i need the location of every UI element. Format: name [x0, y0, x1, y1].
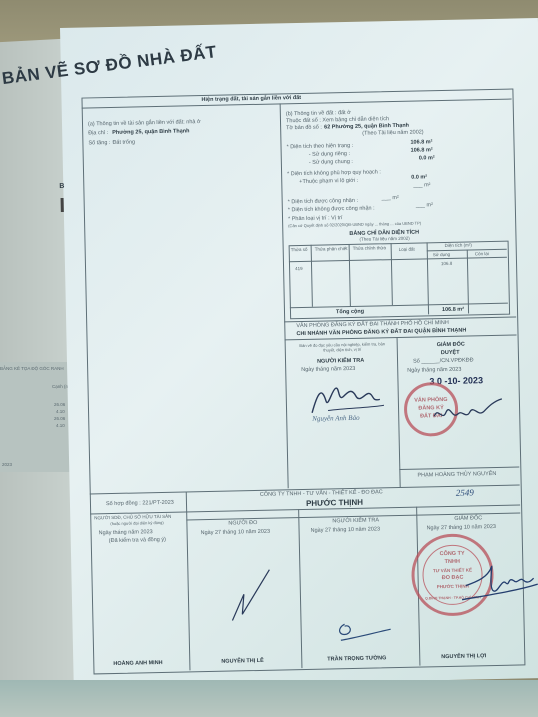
total-value: 106.8 m²	[442, 307, 464, 313]
position-label: * Phân loại vị trí : Vị trí	[288, 215, 343, 222]
column-note: (Đã kiểm tra và đồng ý)	[109, 537, 166, 544]
area-private-label: - Sử dụng riêng :	[309, 151, 350, 158]
director-number: Số ______/CN.VPĐKĐĐ	[413, 357, 474, 364]
area-boundary-label: +Thuộc phạm vi lộ giới :	[299, 178, 358, 185]
area-recognized-value: ___ m²	[382, 195, 399, 201]
table-cell: 419	[295, 266, 303, 271]
surveyor-signature	[221, 563, 282, 624]
col-header: Thửa chỉnh thửa	[353, 245, 386, 251]
map-label: Tờ bản đồ số :	[286, 125, 322, 132]
checker-signature	[334, 617, 395, 648]
col-header: Thửa phân chiết	[315, 246, 348, 252]
handwritten-number: 2549	[456, 487, 474, 497]
map-note: (Theo Tài liệu năm 2002)	[362, 129, 423, 136]
inspector-title: NGƯỜI KIỂM TRA	[317, 358, 364, 365]
area-current-value: 106.8 m²	[410, 139, 432, 145]
column-title: NGƯỜI KIỂM TRA	[332, 517, 379, 524]
col-header: Thửa số	[291, 247, 308, 252]
side-coordinate-table: BẢNG KÊ TỌA ĐỘ GÓC RANH Cạnh (m) 26.06 4…	[0, 362, 72, 472]
director-title: GIÁM ĐỐC	[437, 342, 465, 349]
director-date-label: Ngày tháng năm 2023	[407, 367, 461, 374]
col-header: Loại đất	[399, 247, 415, 252]
side-value: 4.10	[56, 423, 65, 428]
col-header: Diện tích (m²)	[445, 242, 472, 248]
company-name: PHƯỚC THỊNH	[306, 498, 363, 508]
table-surface	[0, 680, 538, 717]
column-name: NGUYỄN THỊ LỢI	[441, 653, 486, 660]
sub-header: Sử dụng	[433, 252, 450, 257]
side-year: 2023	[2, 462, 12, 467]
compass-icon	[61, 198, 64, 212]
area-private-value: 106.8 m²	[411, 147, 433, 153]
column-title: NGƯỜI ĐO	[228, 520, 257, 527]
director-approved: DUYỆT	[441, 350, 460, 356]
inspector-signature	[307, 381, 388, 417]
address-label: Địa chỉ :	[88, 130, 108, 136]
area-boundary-value: 0.0 m²	[411, 174, 427, 180]
compass-north: B	[59, 183, 64, 190]
side-value: 26.06	[54, 416, 65, 421]
side-value: 4.10	[56, 409, 65, 414]
total-label: Tổng cộng	[336, 309, 364, 316]
director-signature	[428, 397, 509, 429]
company-director-signature	[457, 558, 538, 610]
column-name: TRẦN TRỌNG TƯỜNG	[327, 655, 386, 662]
side-table-header: BẢNG KÊ TỌA ĐỘ GÓC RANH	[0, 366, 64, 371]
floors-label: Số tầng :	[88, 140, 110, 146]
floors-value: Đất trống	[112, 139, 135, 145]
area-common-label: - Sử dụng chung :	[309, 159, 353, 166]
area-unrecognized-value: ___ m²	[416, 202, 433, 208]
inspector-date: Ngày tháng năm 2023	[301, 366, 355, 373]
column-name: NGUYỄN THỊ LÊ	[221, 658, 264, 665]
column-name: HOÀNG ANH MINH	[113, 660, 162, 667]
area-common-value: 0.0 m²	[419, 155, 435, 161]
sub-header: Còn lại	[475, 251, 489, 256]
side-value: 26.06	[54, 402, 65, 407]
inspector-note: Bản vẽ đo đạc yêu cầu nội nghiệp, kiểm t…	[295, 341, 390, 353]
column-title: GIÁM ĐỐC	[454, 515, 482, 522]
document-sheet: BẢN VẼ SƠ ĐỒ NHÀ ĐẤT Hiện trạng đất, tài…	[60, 18, 538, 688]
column-date: Ngày tháng năm 2023	[99, 529, 153, 536]
area-table-subtitle: (Theo Tài liệu năm 2002)	[359, 236, 409, 242]
area-other-value: ___ m²	[413, 182, 430, 188]
table-cell: 106.8	[441, 261, 452, 266]
